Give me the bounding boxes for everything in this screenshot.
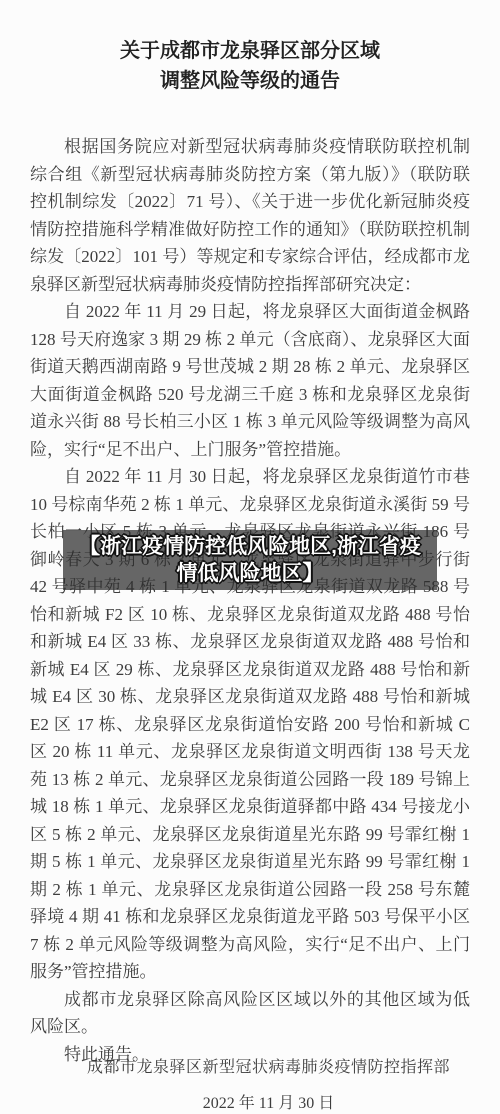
- watermark-line-2: 情低风险地区】: [177, 560, 324, 587]
- paragraph-low-risk-statement: 成都市龙泉驿区除高风险区区域以外的其他区域为低风险区。: [30, 986, 470, 1041]
- title-line-1: 关于成都市龙泉驿区部分区域: [30, 36, 470, 66]
- watermark-overlay: 【浙江疫情防控低风险地区,浙江省疫 情低风险地区】: [63, 530, 437, 590]
- notice-body: 根据国务院应对新型冠状病毒肺炎疫情联防联控机制综合组《新型冠状病毒肺炎防控方案（…: [30, 133, 470, 1068]
- title-line-2: 调整风险等级的通告: [30, 66, 470, 96]
- issuer-signature: 成都市龙泉驿区新型冠状病毒肺炎疫情防控指挥部: [87, 1054, 450, 1077]
- notice-page: 关于成都市龙泉驿区部分区域 调整风险等级的通告 根据国务院应对新型冠状病毒肺炎疫…: [0, 0, 500, 1114]
- notice-footer: 成都市龙泉驿区新型冠状病毒肺炎疫情防控指挥部 2022 年 11 月 30 日: [87, 1054, 450, 1113]
- watermark-line-1: 【浙江疫情防控低风险地区,浙江省疫: [79, 533, 421, 560]
- paragraph-nov29-high-risk: 自 2022 年 11 月 29 日起，将龙泉驿区大面街道金枫路 128 号天府…: [30, 298, 470, 463]
- issue-date: 2022 年 11 月 30 日: [87, 1090, 450, 1113]
- notice-title: 关于成都市龙泉驿区部分区域 调整风险等级的通告: [30, 36, 470, 96]
- paragraph-legal-basis: 根据国务院应对新型冠状病毒肺炎疫情联防联控机制综合组《新型冠状病毒肺炎防控方案（…: [30, 133, 470, 298]
